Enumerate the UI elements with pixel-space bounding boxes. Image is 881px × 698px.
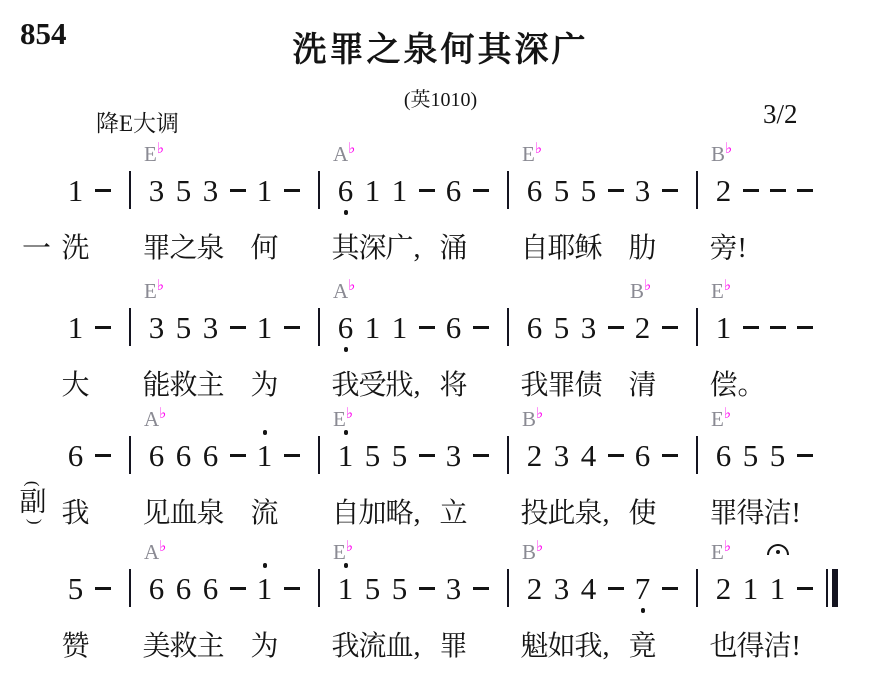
duration-dash: [662, 587, 678, 590]
note-digit: 6: [203, 573, 219, 604]
chord-label: B♭: [522, 409, 543, 430]
barline-cell: [683, 148, 710, 272]
lyric-syllable: 主: [197, 369, 225, 403]
note-digit: 6: [527, 175, 543, 206]
note-digit: 4: [581, 573, 597, 604]
lyric-syllable: 其: [332, 232, 360, 266]
note-cell: 3此: [548, 413, 575, 537]
flat-icon: ♭: [724, 404, 731, 422]
note-digit: 5: [743, 440, 759, 471]
barline-cell: [116, 413, 143, 537]
lyric-syllable: 血: [170, 497, 198, 531]
note-cell: E♭6罪: [710, 413, 737, 537]
dash-cell: [224, 285, 251, 409]
duration-dash: [284, 454, 300, 457]
duration-dash: [284, 587, 300, 590]
barline-cell: [305, 285, 332, 409]
lyric-syllable: 大: [62, 369, 90, 403]
duration-dash: [95, 189, 111, 192]
duration-dash: [662, 454, 678, 457]
music-system-1: 一 1洗E♭3罪5之3泉1何A♭6其1深1广,6涌E♭6自5耶5稣3肋B♭2旁!: [62, 148, 818, 272]
lyric-syllable: 自: [332, 497, 360, 531]
note-cell: E♭1自: [332, 413, 359, 537]
note-cell: 1为: [251, 285, 278, 409]
flat-icon: ♭: [157, 276, 164, 294]
note-digit: 6: [176, 440, 192, 471]
note-cell: E♭3罪: [143, 148, 170, 272]
octave-dot-high: [344, 430, 349, 435]
lyric-syllable: 为: [251, 369, 279, 403]
note-cell: 6救: [170, 546, 197, 670]
chord-root: B: [630, 279, 644, 303]
chord-label: B♭: [630, 281, 651, 302]
dash-cell: [467, 285, 494, 409]
lyric-syllable: 我: [521, 369, 549, 403]
note-digit: 6: [338, 175, 354, 206]
final-barline-thick: [832, 569, 838, 607]
note-cell: 3罪: [440, 546, 467, 670]
duration-dash: [230, 454, 246, 457]
note-cell: 3泉: [197, 148, 224, 272]
dash-cell: [467, 546, 494, 670]
note-cell: 3主: [197, 285, 224, 409]
lyric-syllable: 也: [710, 630, 738, 664]
dash-cell: [413, 148, 440, 272]
chord-root: E: [144, 279, 157, 303]
duration-dash: [797, 587, 813, 590]
dash-cell: [224, 148, 251, 272]
dash-cell: [278, 413, 305, 537]
flat-icon: ♭: [724, 537, 731, 555]
chord-root: E: [711, 540, 724, 564]
note-digit: 5: [554, 175, 570, 206]
duration-dash: [95, 454, 111, 457]
note-cell: 5赞: [62, 546, 89, 670]
barline-cell: [494, 285, 521, 409]
note-cell: 5罪: [548, 285, 575, 409]
note-digit: 3: [554, 440, 570, 471]
lyric-syllable: 清: [629, 369, 657, 403]
music-system-3: ( 副 ( 6我A♭6见6血6泉1流E♭1自5加5略,3立B♭2投3此4泉,6使…: [62, 413, 818, 537]
note-digit: 6: [446, 312, 462, 343]
barline: [318, 569, 320, 607]
barline-cell: [683, 413, 710, 537]
lyric-syllable: 涌: [440, 232, 468, 266]
chord-root: E: [144, 142, 157, 166]
dash-cell: [764, 285, 791, 409]
flat-icon: ♭: [159, 404, 166, 422]
note-cell: E♭6自: [521, 148, 548, 272]
vertical-paren-close-icon: (: [28, 519, 37, 525]
note-digit: 5: [365, 440, 381, 471]
note-cell: 1洗: [62, 148, 89, 272]
note-digit: 3: [554, 573, 570, 604]
flat-icon: ♭: [536, 537, 543, 555]
lyric-syllable: 加: [359, 497, 387, 531]
lyric-syllable: 我: [62, 497, 90, 531]
note-cell: 5血,: [386, 546, 413, 670]
note-digit: 1: [770, 573, 786, 604]
lyric-syllable: 罪: [440, 630, 468, 664]
flat-icon: ♭: [348, 139, 355, 157]
chord-label: A♭: [333, 281, 355, 302]
note-cell: E♭1偿。: [710, 285, 737, 409]
note-digit: 2: [716, 175, 732, 206]
lyric-syllable: 使: [629, 497, 657, 531]
chord-root: A: [144, 540, 159, 564]
dash-cell: [602, 546, 629, 670]
barline-cell: [305, 546, 332, 670]
dash-cell: [89, 413, 116, 537]
note-digit: 3: [635, 175, 651, 206]
barline: [696, 308, 698, 346]
note-digit: 6: [635, 440, 651, 471]
lyric-syllable: 得: [737, 497, 765, 531]
duration-dash: [284, 189, 300, 192]
note-digit: 6: [446, 175, 462, 206]
chord-root: B: [522, 407, 536, 431]
chord-label: E♭: [144, 144, 164, 165]
lyric-syllable: 何: [251, 232, 279, 266]
note-digit: 5: [365, 573, 381, 604]
lyric-syllable: 我: [332, 630, 360, 664]
note-digit: 5: [581, 175, 597, 206]
lyric-syllable: 我: [332, 369, 360, 403]
note-digit: 6: [149, 573, 165, 604]
lyric-syllable: 罪: [143, 232, 171, 266]
dash-cell: [89, 148, 116, 272]
barline: [318, 436, 320, 474]
chord-label: E♭: [522, 144, 542, 165]
note-digit: 1: [392, 312, 408, 343]
duration-dash: [608, 326, 624, 329]
dash-cell: [764, 148, 791, 272]
chord-label: A♭: [333, 144, 355, 165]
duration-dash: [473, 587, 489, 590]
lyric-syllable: 肋: [629, 232, 657, 266]
lyric-syllable: 耶: [548, 232, 576, 266]
dash-cell: [224, 546, 251, 670]
chord-label: E♭: [333, 542, 353, 563]
lyric-syllable: 救: [170, 369, 198, 403]
barline-cell: [494, 546, 521, 670]
duration-dash: [770, 189, 786, 192]
duration-dash: [419, 454, 435, 457]
lyric-syllable: 之: [170, 232, 198, 266]
note-cell: 6涌: [440, 148, 467, 272]
lyric-syllable: 自: [521, 232, 549, 266]
chord-label: B♭: [711, 144, 732, 165]
lyric-syllable: 为: [251, 630, 279, 664]
dash-cell: [89, 285, 116, 409]
dash-cell: [737, 148, 764, 272]
dash-cell: [89, 546, 116, 670]
dash-cell: [656, 148, 683, 272]
lyric-syllable: 赞: [62, 630, 90, 664]
octave-dot-low: [344, 347, 349, 352]
chord-root: E: [333, 540, 346, 564]
note-cell: 1洁!: [764, 546, 791, 670]
duration-dash: [95, 326, 111, 329]
chord-root: A: [333, 279, 348, 303]
note-cell: B♭2投: [521, 413, 548, 537]
note-digit: 5: [176, 175, 192, 206]
note-cell: 3债: [575, 285, 602, 409]
lyric-syllable: 此: [548, 497, 576, 531]
chord-label: E♭: [711, 281, 731, 302]
note-digit: 5: [392, 440, 408, 471]
flat-icon: ♭: [159, 537, 166, 555]
barline: [696, 436, 698, 474]
note-digit: 5: [554, 312, 570, 343]
note-cell: A♭6美: [143, 546, 170, 670]
note-digit: 1: [743, 573, 759, 604]
flat-icon: ♭: [725, 139, 732, 157]
duration-dash: [608, 587, 624, 590]
note-digit: 2: [635, 312, 651, 343]
lyric-syllable: 能: [143, 369, 171, 403]
barline: [507, 308, 509, 346]
note-cell: 5得: [737, 413, 764, 537]
octave-dot-high: [263, 430, 268, 435]
chord-label: E♭: [144, 281, 164, 302]
note-cell: B♭2旁!: [710, 148, 737, 272]
note-digit: 3: [581, 312, 597, 343]
octave-dot-low: [641, 608, 646, 613]
dash-cell: [467, 413, 494, 537]
lyric-syllable: 主: [197, 630, 225, 664]
chord-label: A♭: [144, 409, 166, 430]
hymn-sheet-page: { "header": { "hymn_number": "854", "tit…: [0, 0, 881, 698]
barline-cell: [305, 148, 332, 272]
note-digit: 1: [257, 175, 273, 206]
dash-cell: [413, 546, 440, 670]
note-cell: 6泉: [197, 413, 224, 537]
note-digit: 3: [203, 312, 219, 343]
note-digit: 4: [581, 440, 597, 471]
duration-dash: [473, 454, 489, 457]
barline-cell: [683, 285, 710, 409]
barline: [129, 308, 131, 346]
note-digit: 3: [149, 175, 165, 206]
chord-label: E♭: [711, 409, 731, 430]
chord-root: B: [522, 540, 536, 564]
dash-cell: [602, 148, 629, 272]
barline: [507, 569, 509, 607]
note-cell: 6我: [521, 285, 548, 409]
note-digit: 6: [527, 312, 543, 343]
chord-label: E♭: [333, 409, 353, 430]
lyric-syllable: 债: [575, 369, 603, 403]
note-cell: 3肋: [629, 148, 656, 272]
dash-cell: [413, 413, 440, 537]
barline: [129, 171, 131, 209]
vertical-paren-open-icon: (: [28, 481, 37, 487]
page-title: 洗罪之泉何其深广: [0, 22, 881, 71]
dash-cell: [278, 148, 305, 272]
note-digit: 3: [203, 175, 219, 206]
note-cell: 5洁!: [764, 413, 791, 537]
note-digit: 1: [338, 573, 354, 604]
note-digit: 3: [446, 573, 462, 604]
note-digit: 2: [527, 440, 543, 471]
note-cell: 1得: [737, 546, 764, 670]
duration-dash: [608, 454, 624, 457]
duration-dash: [797, 189, 813, 192]
lyric-syllable: 流: [359, 630, 387, 664]
chord-root: E: [711, 407, 724, 431]
duration-dash: [608, 189, 624, 192]
flat-icon: ♭: [535, 139, 542, 157]
lyric-syllable: 见: [143, 497, 171, 531]
note-digit: 5: [68, 573, 84, 604]
barline: [507, 436, 509, 474]
dash-cell: [224, 413, 251, 537]
duration-dash: [797, 326, 813, 329]
note-digit: 1: [257, 312, 273, 343]
refrain-mark: ( 副 (: [16, 479, 50, 526]
barline-cell: [683, 546, 710, 670]
note-cell: B♭2魁: [521, 546, 548, 670]
barline-cell: [116, 546, 143, 670]
barline-cell: [818, 546, 845, 670]
note-cell: 5略,: [386, 413, 413, 537]
note-digit: 1: [257, 573, 273, 604]
note-digit: 6: [203, 440, 219, 471]
lyric-syllable: 将: [440, 369, 468, 403]
final-barline: [826, 569, 838, 607]
chord-label: B♭: [522, 542, 543, 563]
note-cell: E♭2也: [710, 546, 737, 670]
note-digit: 1: [68, 175, 84, 206]
chord-label: A♭: [144, 542, 166, 563]
note-cell: 5之: [170, 148, 197, 272]
refrain-label: 副: [20, 488, 47, 516]
note-cell: 5救: [170, 285, 197, 409]
barline: [129, 436, 131, 474]
dash-cell: [791, 546, 818, 670]
note-digit: 7: [635, 573, 651, 604]
note-cell: 1流: [251, 413, 278, 537]
note-digit: 1: [365, 312, 381, 343]
dash-cell: [791, 148, 818, 272]
note-digit: 3: [149, 312, 165, 343]
barline: [696, 171, 698, 209]
duration-dash: [419, 326, 435, 329]
barline: [129, 569, 131, 607]
note-digit: 2: [527, 573, 543, 604]
dash-cell: [737, 285, 764, 409]
duration-dash: [797, 454, 813, 457]
note-cell: 6将: [440, 285, 467, 409]
barline: [318, 171, 320, 209]
flat-icon: ♭: [346, 537, 353, 555]
note-cell: 7竟: [629, 546, 656, 670]
duration-dash: [770, 326, 786, 329]
duration-dash: [743, 189, 759, 192]
duration-dash: [95, 587, 111, 590]
dash-cell: [791, 285, 818, 409]
duration-dash: [662, 326, 678, 329]
note-cell: 5加: [359, 413, 386, 537]
barline-cell: [494, 413, 521, 537]
note-cell: B♭2清: [629, 285, 656, 409]
lyric-syllable: 洗: [62, 232, 90, 266]
duration-dash: [230, 189, 246, 192]
duration-dash: [230, 326, 246, 329]
lyric-syllable: 流: [251, 497, 279, 531]
chord-root: E: [333, 407, 346, 431]
lyric-syllable: 深: [359, 232, 387, 266]
key-signature: 降E大调: [96, 105, 179, 138]
note-cell: 1深: [359, 148, 386, 272]
dash-cell: [656, 546, 683, 670]
octave-dot-high: [263, 563, 268, 568]
dash-cell: [278, 546, 305, 670]
note-cell: 6血: [170, 413, 197, 537]
flat-icon: ♭: [536, 404, 543, 422]
note-cell: 6使: [629, 413, 656, 537]
note-cell: 4我,: [575, 546, 602, 670]
lyric-syllable: 魁: [521, 630, 549, 664]
note-cell: 1戕,: [386, 285, 413, 409]
note-cell: 1受: [359, 285, 386, 409]
chord-root: E: [522, 142, 535, 166]
barline-cell: [116, 285, 143, 409]
note-cell: 6主: [197, 546, 224, 670]
dash-cell: [602, 413, 629, 537]
note-cell: 4泉,: [575, 413, 602, 537]
chord-root: A: [144, 407, 159, 431]
note-cell: E♭3能: [143, 285, 170, 409]
time-signature: 3/2: [763, 99, 798, 130]
barline: [318, 308, 320, 346]
lyric-syllable: 受: [359, 369, 387, 403]
note-digit: 1: [257, 440, 273, 471]
dash-cell: [413, 285, 440, 409]
lyric-syllable: 罪: [710, 497, 738, 531]
chord-label: E♭: [711, 542, 731, 563]
chord-root: A: [333, 142, 348, 166]
note-cell: 3立: [440, 413, 467, 537]
lyric-syllable: 得: [737, 630, 765, 664]
duration-dash: [284, 326, 300, 329]
note-cell: A♭6见: [143, 413, 170, 537]
lyric-syllable: 如: [548, 630, 576, 664]
dash-cell: [467, 148, 494, 272]
octave-dot-high: [344, 563, 349, 568]
octave-dot-low: [344, 210, 349, 215]
note-digit: 6: [68, 440, 84, 471]
lyric-syllable: 美: [143, 630, 171, 664]
flat-icon: ♭: [724, 276, 731, 294]
note-digit: 1: [392, 175, 408, 206]
duration-dash: [743, 326, 759, 329]
barline: [507, 171, 509, 209]
music-system-4: 5赞A♭6美6救6主1为E♭1我5流5血,3罪B♭2魁3如4我,7竟E♭2也1得…: [62, 546, 845, 670]
duration-dash: [662, 189, 678, 192]
note-digit: 2: [716, 573, 732, 604]
fermata-icon: [767, 544, 789, 555]
duration-dash: [230, 587, 246, 590]
lyric-syllable: 投: [521, 497, 549, 531]
note-digit: 6: [149, 440, 165, 471]
flat-icon: ♭: [348, 276, 355, 294]
note-cell: 1为: [251, 546, 278, 670]
lyric-syllable: 泉: [197, 497, 225, 531]
note-cell: E♭1我: [332, 546, 359, 670]
duration-dash: [473, 189, 489, 192]
